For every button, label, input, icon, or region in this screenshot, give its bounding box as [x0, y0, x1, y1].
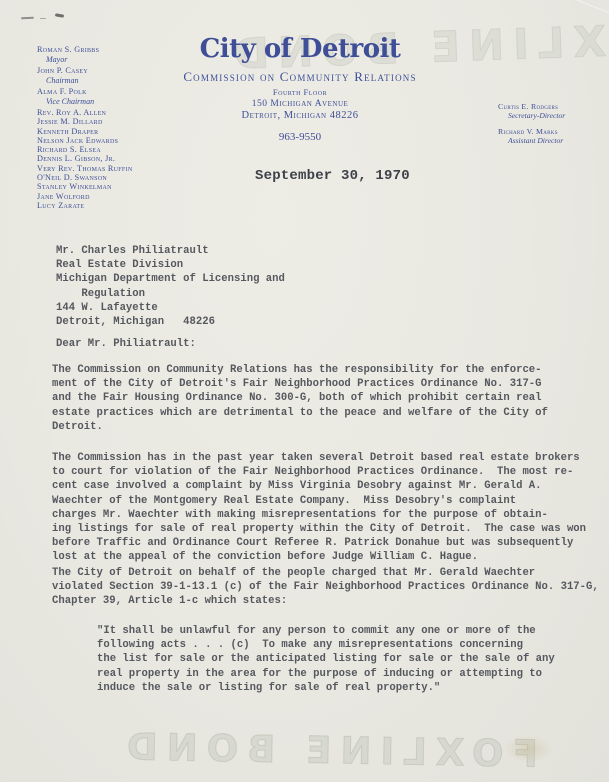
letterhead-officers-right: Curtis E. Rodgers Secretary-Director Ric… — [498, 102, 608, 152]
body-paragraph-1: The Commission on Community Relations ha… — [52, 363, 548, 434]
paper-stain — [503, 735, 553, 763]
pencil-mark — [21, 17, 34, 20]
ordinance-quote-block: "It shall be unlawful for any person to … — [97, 624, 555, 695]
recipient-address-block: Mr. Charles Philiatrault Real Estate Div… — [56, 244, 285, 329]
scanned-letter-page: FOXLINE BOND FOXLINE BOND Roman S. Gribb… — [0, 0, 609, 782]
member-name: Dennis L. Gibson, Jr. — [37, 154, 212, 163]
pencil-mark — [55, 13, 64, 18]
member-name: Very Rev. Thomas Ruffin — [37, 164, 212, 173]
letterhead-masthead: City of Detroit Commission on Community … — [130, 34, 470, 143]
watermark-bleedthrough-bottom: FOXLINE BOND — [118, 725, 538, 775]
member-name: O'Neil D. Swanson — [37, 173, 212, 182]
member-name: Lucy Zarate — [37, 201, 212, 210]
body-paragraph-3: The City of Detroit on behalf of the peo… — [52, 566, 599, 609]
org-phone: 963-9550 — [130, 131, 470, 143]
member-name: Richard S. Elsea — [37, 145, 212, 154]
letter-date: September 30, 1970 — [255, 168, 410, 184]
pencil-mark — [40, 18, 46, 19]
officer-group: Richard V. Marks Assistant Director — [498, 127, 608, 145]
org-name: Commission on Community Relations — [130, 70, 470, 84]
member-name: Jane Wolford — [37, 192, 212, 201]
org-address-floor: Fourth Floor — [130, 86, 470, 98]
org-address-city: Detroit, Michigan 48226 — [130, 110, 470, 122]
officer-title: Assistant Director — [508, 137, 608, 146]
officer-group: Curtis E. Rodgers Secretary-Director — [498, 102, 608, 120]
officer-title: Secretary-Director — [508, 112, 608, 121]
body-paragraph-2: The Commission has in the past year take… — [52, 451, 586, 565]
member-name: Stanley Winkelman — [37, 182, 212, 191]
org-address-street: 150 Michigan Avenue — [130, 98, 470, 110]
salutation: Dear Mr. Philiatrault: — [56, 337, 196, 351]
org-city-title: City of Detroit — [130, 34, 470, 64]
